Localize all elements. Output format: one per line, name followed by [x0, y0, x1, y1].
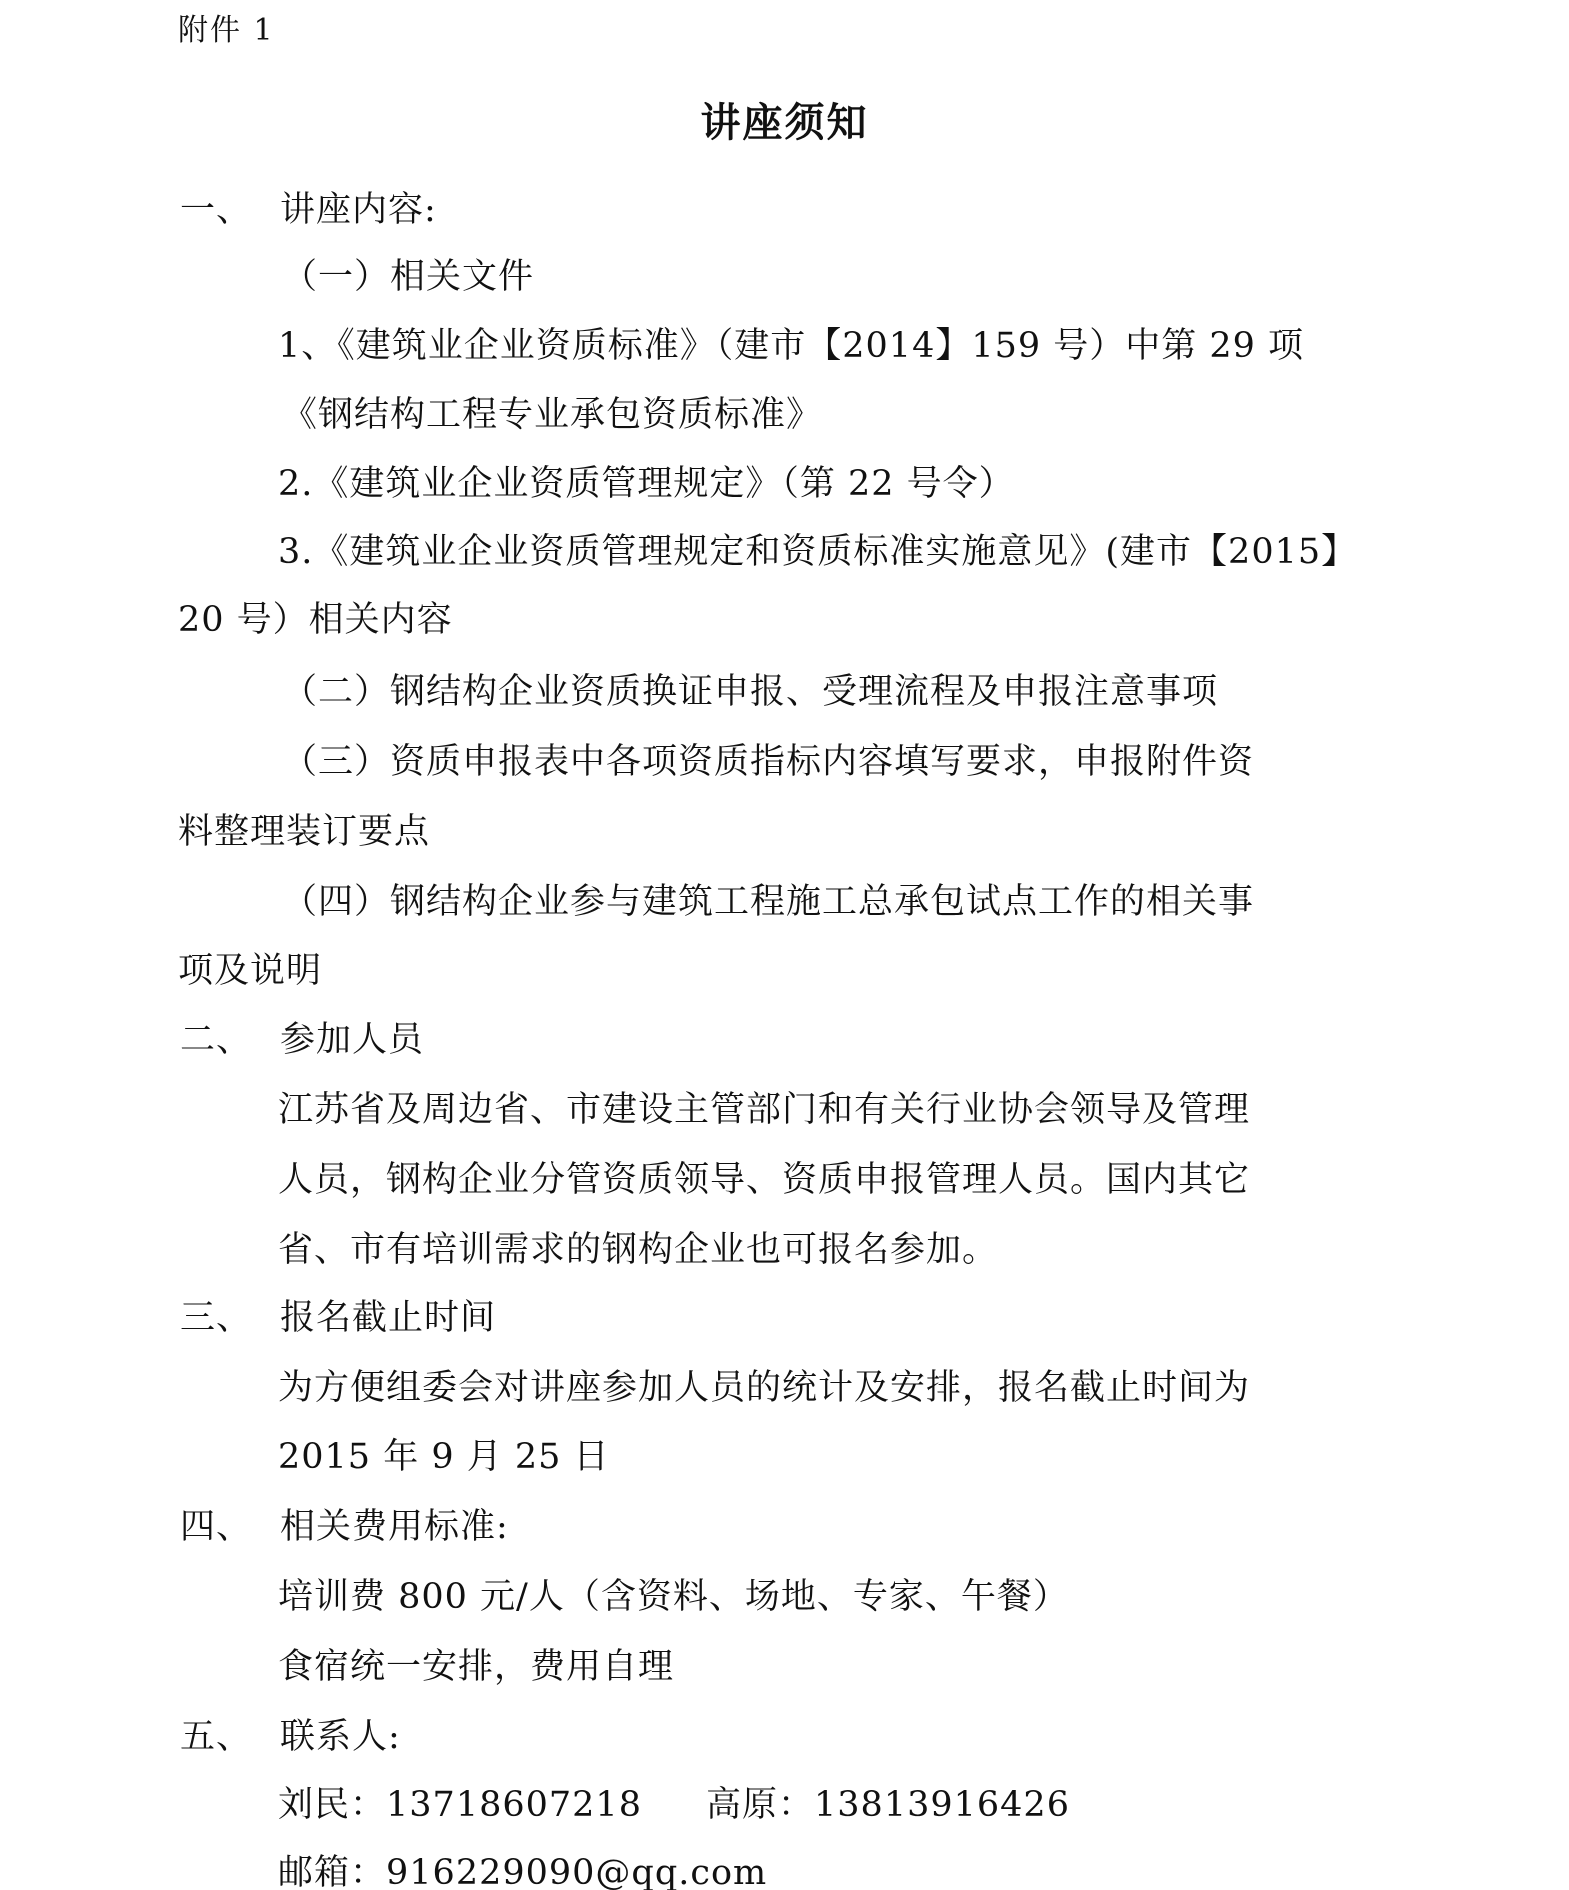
page-title: 讲座须知: [0, 103, 1569, 143]
subsection-3-cont: 料整理装订要点: [178, 812, 430, 852]
subsection-4: （四）钢结构企业参与建筑工程施工总承包试点工作的相关事: [282, 882, 1254, 922]
contact-email: 邮箱：916229090@qq.com: [278, 1853, 767, 1890]
email-address: 916229090@qq.com: [386, 1853, 767, 1890]
section-number: 三、: [180, 1298, 280, 1338]
section-number: 四、: [180, 1507, 280, 1547]
section-title: 报名截止时间: [280, 1298, 496, 1338]
contact-name: 刘民：: [278, 1785, 386, 1825]
subsection-title: （一）相关文件: [282, 257, 534, 297]
section-3-heading: 三、报名截止时间: [180, 1298, 496, 1338]
email-label: 邮箱：: [278, 1853, 386, 1890]
participants-text-1: 江苏省及周边省、市建设主管部门和有关行业协会领导及管理: [278, 1090, 1250, 1130]
doc-item-3: 3.《建筑业企业资质管理规定和资质标准实施意见》(建市【2015】: [278, 532, 1357, 572]
section-2-heading: 二、参加人员: [180, 1020, 424, 1060]
participants-text-3: 省、市有培训需求的钢构企业也可报名参加。: [278, 1230, 998, 1270]
section-4-heading: 四、相关费用标准:: [180, 1507, 509, 1547]
doc-item-2: 2.《建筑业企业资质管理规定》（第 22 号令）: [278, 464, 1015, 504]
section-number: 二、: [180, 1020, 280, 1060]
section-title: 联系人:: [280, 1717, 401, 1757]
doc-item-1: 1、《建筑业企业资质标准》（建市【2014】159 号）中第 29 项: [278, 326, 1304, 366]
fee-text-2: 食宿统一安排，费用自理: [278, 1647, 674, 1687]
doc-item-3-cont: 20 号）相关内容: [178, 600, 453, 640]
section-title: 参加人员: [280, 1020, 424, 1060]
section-number: 一、: [180, 190, 280, 230]
section-title: 相关费用标准:: [280, 1507, 509, 1547]
section-1-heading: 一、讲座内容:: [180, 190, 437, 230]
fee-text-1: 培训费 800 元/人（含资料、场地、专家、午餐）: [278, 1577, 1069, 1617]
subsection-3: （三）资质申报表中各项资质指标内容填写要求，申报附件资: [282, 742, 1254, 782]
contact-2: 高原：13813916426: [706, 1785, 1070, 1825]
participants-text-2: 人员，钢构企业分管资质领导、资质申报管理人员。国内其它: [278, 1160, 1250, 1200]
contact-phone: 13718607218: [386, 1785, 642, 1825]
contact-phone: 13813916426: [814, 1785, 1070, 1825]
section-5-heading: 五、联系人:: [180, 1717, 401, 1757]
section-number: 五、: [180, 1717, 280, 1757]
doc-item-1-cont: 《钢结构工程专业承包资质标准》: [282, 395, 822, 435]
contact-name: 高原：: [706, 1785, 814, 1825]
section-title: 讲座内容:: [280, 190, 437, 230]
deadline-date: 2015 年 9 月 25 日: [278, 1437, 610, 1477]
deadline-text-1: 为方便组委会对讲座参加人员的统计及安排，报名截止时间为: [278, 1368, 1250, 1408]
contact-1: 刘民：13718607218: [278, 1785, 642, 1825]
subsection-2: （二）钢结构企业资质换证申报、受理流程及申报注意事项: [282, 672, 1218, 712]
subsection-4-cont: 项及说明: [178, 951, 322, 991]
attachment-label: 附件 1: [178, 11, 275, 51]
